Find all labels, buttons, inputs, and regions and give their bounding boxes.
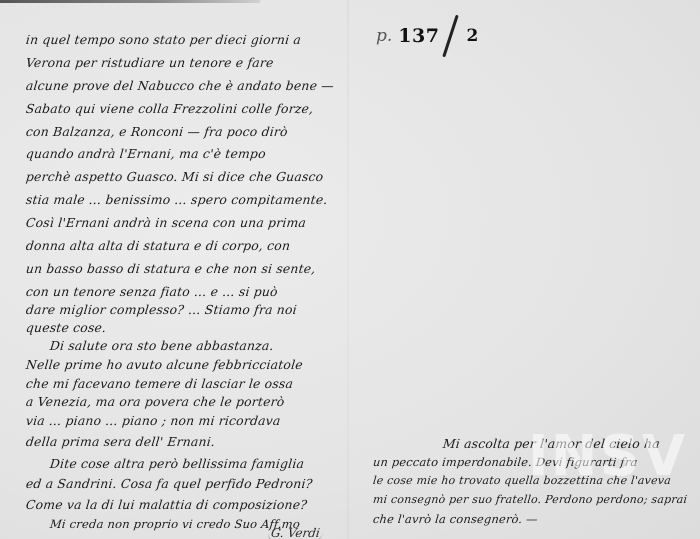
- text-line: della prima sera dell' Ernani.: [25, 434, 216, 449]
- page-fold: [347, 0, 349, 539]
- folio-number: p. 137 2: [376, 14, 478, 58]
- text-line: Verona per ristudiare un tenore e fare: [25, 55, 274, 70]
- text-line: Mi creda non proprio vi credo Suo Aff.mo: [49, 517, 301, 531]
- folio-sheet-number: 2: [466, 26, 478, 46]
- text-line: Nelle prime ho avuto alcune febbricciato…: [25, 357, 303, 372]
- text-line: perchè aspetto Guasco. Mi si dice che Gu…: [25, 169, 324, 184]
- text-line: Sabato qui viene colla Frezzolini colle …: [25, 101, 314, 116]
- text-line: quando andrà l'Ernani, ma c'è tempo: [25, 146, 266, 161]
- text-line: mi consegnò per suo fratello. Perdono pe…: [372, 493, 688, 506]
- folio-prefix: p.: [376, 26, 392, 46]
- text-line: alcune prove del Nabucco che è andato be…: [25, 78, 335, 93]
- text-line: Di salute ora sto bene abbastanza.: [49, 338, 274, 353]
- text-line: un peccato imperdonabile. Devi figurarti…: [372, 455, 638, 469]
- text-line: queste cose.: [25, 320, 107, 335]
- text-line: ed a Sandrini. Cosa fa quel perfido Pedr…: [25, 476, 313, 491]
- text-line: dare miglior complesso? ... Stiamo fra n…: [25, 302, 297, 317]
- folio-page-number: 137: [398, 25, 439, 47]
- text-line: che l'avrò la consegnerò. —: [372, 512, 538, 526]
- text-line: con Balzanza, e Ronconi — fra poco dirò: [25, 124, 288, 139]
- text-line: Così l'Ernani andrà in scena con una pri…: [25, 215, 307, 230]
- text-line: a Venezia, ma ora povera che le porterò: [25, 394, 285, 409]
- text-line: le cose mie ho trovato quella bozzettina…: [372, 474, 671, 487]
- text-line: stia male ... benissimo ... spero compit…: [25, 192, 328, 207]
- text-line: Mi ascolta per l'amor del cielo ha: [442, 436, 660, 451]
- text-line: donna alta alta di statura e di corpo, c…: [25, 238, 291, 253]
- folio-slash: [443, 15, 459, 58]
- signature: G. Verdi: [267, 526, 324, 539]
- text-line: con un tenore senza fiato ... e ... si p…: [25, 284, 278, 299]
- letter-scan: p. 137 2 in quel tempo sono stato per di…: [0, 0, 700, 539]
- text-line: in quel tempo sono stato per dieci giorn…: [25, 32, 302, 47]
- text-line: che mi facevano temere di lasciar le oss…: [25, 376, 294, 391]
- text-line: Dite cose altra però bellissima famiglia: [49, 456, 305, 471]
- text-line: un basso basso di statura e che non si s…: [25, 261, 316, 276]
- text-line: via ... piano ... piano ; non mi ricorda…: [25, 413, 281, 428]
- text-line: Come va la di lui malattia di composizio…: [25, 497, 308, 512]
- scan-edge-shadow: [0, 0, 260, 3]
